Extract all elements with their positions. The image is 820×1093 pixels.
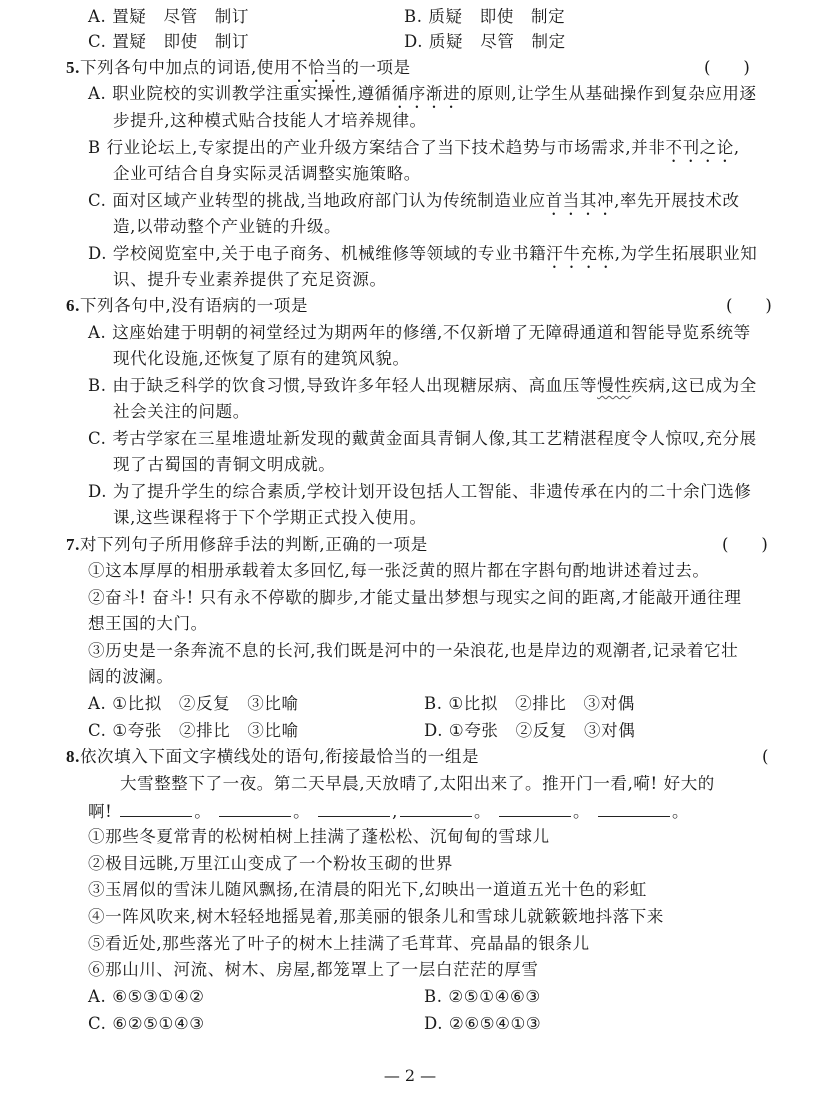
q7-sentence-2-line2: 想王国的大门。 bbox=[88, 613, 208, 635]
q6-option-d-line2: 课,这些课程将于下个学期正式投入使用。 bbox=[113, 507, 427, 529]
q5-stem-tail: 的一项是 bbox=[342, 58, 410, 77]
separator: , bbox=[392, 802, 398, 821]
q8-option-b: B. ②⑤①④⑥③ bbox=[424, 986, 541, 1008]
q6-option-c-line1: C. 考古学家在三星堆遗址新发现的戴黄金面具青铜人像,其工艺精湛程度令人惊叹,充… bbox=[88, 428, 757, 450]
q7-number: 7. bbox=[66, 535, 80, 554]
passage-start: 啊! bbox=[88, 802, 112, 821]
q4-option-b: B. 质疑 即使 制定 bbox=[404, 6, 565, 28]
q7-option-d: D. ①夸张 ②反复 ③对偶 bbox=[424, 720, 635, 742]
text: ,率先开展技术改 bbox=[614, 191, 740, 210]
q6-option-a-line1: A. 这座始建于明朝的祠堂经过为期两年的修缮,不仅新增了无障碍通道和智能导览系统… bbox=[88, 322, 751, 344]
q5-option-d-line1: D. 学校阅览室中,关于电子商务、机械维修等领域的专业书籍汗牛充栋,为学生拓展职… bbox=[88, 243, 757, 272]
separator: 。 bbox=[293, 802, 310, 821]
separator: 。 bbox=[573, 802, 590, 821]
q8-stem: 8.依次填入下面文字横线处的语句,衔接最恰当的一组是 bbox=[66, 746, 479, 768]
q8-item-4: ④一阵风吹来,树木轻轻地摇晃着,那美丽的银条儿和雪球儿就簌簌地抖落下来 bbox=[88, 906, 664, 928]
wavy-underline-phrase: 慢性 bbox=[597, 376, 631, 395]
q7-option-a: A. ①比拟 ②反复 ③比喻 bbox=[88, 693, 299, 715]
fill-blank-5[interactable] bbox=[499, 800, 571, 817]
q8-number: 8. bbox=[66, 747, 80, 766]
text: 疾病,这已成为全 bbox=[631, 376, 757, 395]
q6-option-c-line2: 现了古蜀国的青铜文明成就。 bbox=[113, 454, 335, 476]
text: D. 学校阅览室中,关于电子商务、机械维修等领域的专业书籍 bbox=[88, 244, 546, 263]
q5-option-d-line2: 识、提升专业素养提供了充足资源。 bbox=[113, 269, 387, 291]
text: 的原则,让学生从基础操作到复杂应用逐 bbox=[460, 84, 757, 103]
q8-passage-line2: 啊! 。 。 ,。 。 。 bbox=[88, 800, 689, 823]
q8-item-6: ⑥那山川、河流、树木、房屋,都笼罩上了一层白茫茫的厚雪 bbox=[88, 959, 538, 981]
fill-blank-1[interactable] bbox=[120, 800, 192, 817]
q6-option-a-line2: 现代化设施,还恢复了原有的建筑风貌。 bbox=[113, 348, 410, 370]
dotted-phrase: 循序渐进 bbox=[392, 84, 460, 103]
dotted-phrase: 首当其冲 bbox=[546, 191, 614, 210]
q5-option-b-line1: B 行业论坛上,专家提出的产业升级方案结合了当下技术趋势与市场需求,并非不刊之论… bbox=[88, 137, 740, 166]
text: B 行业论坛上,专家提出的产业升级方案结合了当下技术趋势与市场需求,并非 bbox=[88, 138, 665, 157]
q8-item-5: ⑤看近处,那些落光了叶子的树木上挂满了毛茸茸、亮晶晶的银条儿 bbox=[88, 933, 590, 955]
page-number: — 2 — bbox=[0, 1066, 820, 1085]
exam-page: A. 置疑 尽管 制订 B. 质疑 即使 制定 C. 置疑 即使 制订 D. 质… bbox=[0, 0, 820, 1093]
q8-item-3: ③玉屑似的雪沫儿随风飘扬,在清晨的阳光下,幻映出一道道五光十色的彩虹 bbox=[88, 879, 647, 901]
q7-sentence-3-line2: 阔的波澜。 bbox=[88, 666, 174, 688]
separator: 。 bbox=[672, 802, 689, 821]
fill-blank-4[interactable] bbox=[400, 800, 472, 817]
q7-sentence-1: ①这本厚厚的相册承载着太多回忆,每一张泛黄的照片都在字斟句酌地讲述着过去。 bbox=[88, 560, 709, 582]
q5-option-c-line1: C. 面对区域产业转型的挑战,当地政府部门认为传统制造业应首当其冲,率先开展技术… bbox=[88, 190, 740, 219]
q7-option-b: B. ①比拟 ②排比 ③对偶 bbox=[424, 693, 635, 715]
q6-option-b-line1: B. 由于缺乏科学的饮食习惯,导致许多年轻人出现糖尿病、高血压等慢性疾病,这已成… bbox=[88, 375, 757, 397]
dotted-phrase: 不刊之论 bbox=[665, 138, 733, 157]
q7-stem-text: 对下列句子所用修辞手法的判断,正确的一项是 bbox=[80, 535, 428, 554]
separator: 。 bbox=[194, 802, 211, 821]
q8-option-c: C. ⑥②⑤①④③ bbox=[88, 1013, 205, 1035]
q6-option-b-line2: 社会关注的问题。 bbox=[113, 401, 250, 423]
text: , bbox=[734, 138, 740, 157]
q5-option-a-line2: 步提升,这种模式贴合技能人才培养规律。 bbox=[113, 110, 427, 132]
q8-item-2: ②极目远眺,万里江山变成了一个粉妆玉砌的世界 bbox=[88, 853, 453, 875]
separator: 。 bbox=[474, 802, 491, 821]
q8-passage-line1: 大雪整整下了一夜。第二天早晨,天放晴了,太阳出来了。推开门一看,嗬! 好大的 bbox=[120, 773, 715, 795]
q5-stem: 5.下列各句中加点的词语,使用不恰当的一项是 bbox=[66, 57, 411, 86]
text: A. 职业院校的实训教学注重实操性,遵循 bbox=[88, 84, 392, 103]
q7-sentence-3-line1: ③历史是一条奔流不息的长河,我们既是河中的一朵浪花,也是岸边的观潮者,记录着它壮 bbox=[88, 640, 738, 662]
q7-answer-bracket[interactable]: ( ) bbox=[722, 534, 768, 556]
q6-stem: 6.下列各句中,没有语病的一项是 bbox=[66, 295, 308, 317]
text: B. 由于缺乏科学的饮食习惯,导致许多年轻人出现糖尿病、高血压等 bbox=[88, 376, 597, 395]
q8-option-a: A. ⑥⑤③①④② bbox=[88, 986, 205, 1008]
q7-sentence-2-line1: ②奋斗! 奋斗! 只有永不停歇的脚步,才能丈量出梦想与现实之间的距离,才能敲开通… bbox=[88, 587, 741, 609]
q6-answer-bracket[interactable]: ( ) bbox=[726, 295, 772, 317]
q8-stem-text: 依次填入下面文字横线处的语句,衔接最恰当的一组是 bbox=[80, 747, 479, 766]
q5-option-b-line2: 企业可结合自身实际灵活调整实施策略。 bbox=[113, 163, 421, 185]
fill-blank-3[interactable] bbox=[318, 800, 390, 817]
q5-stem-emphasis: 不恰当 bbox=[291, 58, 342, 77]
q5-number: 5. bbox=[66, 58, 80, 77]
q8-answer-bracket[interactable]: ( bbox=[762, 746, 768, 768]
text: C. 面对区域产业转型的挑战,当地政府部门认为传统制造业应 bbox=[88, 191, 546, 210]
q4-option-a: A. 置疑 尽管 制订 bbox=[88, 6, 249, 28]
text: ,为学生拓展职业知 bbox=[615, 244, 758, 263]
q4-option-d: D. 质疑 尽管 制定 bbox=[404, 31, 566, 53]
q8-option-d: D. ②⑥⑤④①③ bbox=[424, 1013, 541, 1035]
q7-option-c: C. ①夸张 ②排比 ③比喻 bbox=[88, 720, 299, 742]
q7-stem: 7.对下列句子所用修辞手法的判断,正确的一项是 bbox=[66, 534, 428, 556]
q8-item-1: ①那些冬夏常青的松树柏树上挂满了蓬松松、沉甸甸的雪球儿 bbox=[88, 826, 550, 848]
fill-blank-6[interactable] bbox=[598, 800, 670, 817]
fill-blank-2[interactable] bbox=[219, 800, 291, 817]
q6-stem-text: 下列各句中,没有语病的一项是 bbox=[80, 296, 308, 315]
q6-number: 6. bbox=[66, 296, 80, 315]
q5-option-c-line2: 造,以带动整个产业链的升级。 bbox=[113, 216, 341, 238]
q5-stem-text: 下列各句中加点的词语,使用 bbox=[80, 58, 291, 77]
dotted-phrase: 汗牛充栋 bbox=[546, 244, 614, 263]
q6-option-d-line1: D. 为了提升学生的综合素质,学校计划开设包括人工智能、非遗传承在内的二十余门选… bbox=[88, 481, 751, 503]
q5-option-a-line1: A. 职业院校的实训教学注重实操性,遵循循序渐进的原则,让学生从基础操作到复杂应… bbox=[88, 83, 757, 112]
q5-answer-bracket[interactable]: ( ) bbox=[704, 57, 750, 79]
q4-option-c: C. 置疑 即使 制订 bbox=[88, 31, 249, 53]
